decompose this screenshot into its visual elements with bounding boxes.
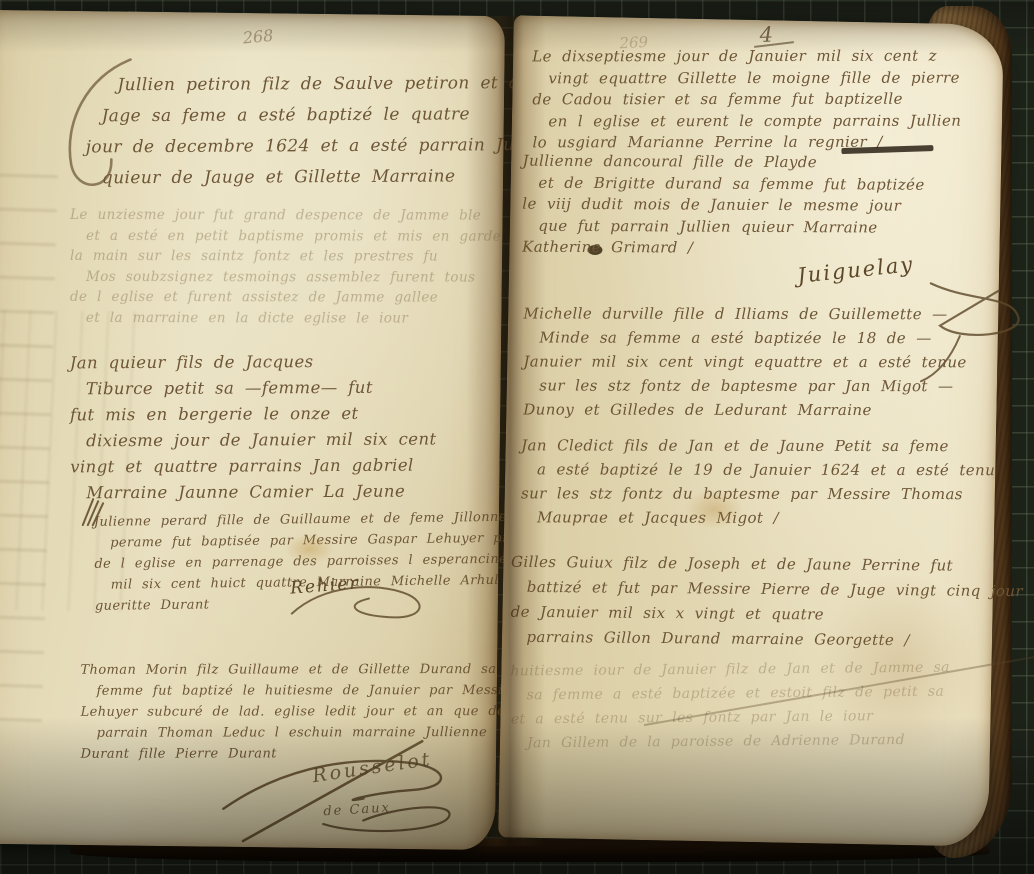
manuscript-line: vingt et quattre parrains Jan gabriel <box>70 452 470 480</box>
manuscript-line: parrains Gillon Durand marraine Georgett… <box>526 625 950 654</box>
manuscript-line: a esté baptizé le 19 de Januier 1624 et … <box>537 457 951 482</box>
baptism-record-block: Gilles Guiux filz de Joseph et de Jaune … <box>510 550 951 654</box>
manuscript-line: Tiburce petit sa —femme— fut <box>86 374 470 402</box>
manuscript-line: sur les stz fontz de baptesme par Jan Mi… <box>539 373 963 398</box>
manuscript-line: Januier mil six cent vingt equattre et a… <box>523 349 963 374</box>
left-page: 268 Jullien petiron filz de Saulve petir… <box>0 10 505 850</box>
manuscript-line: que fut parrain Jullien quieur Marraine <box>538 215 962 239</box>
manuscript-line: de l eglise et furent assistez de Jamme … <box>70 287 470 308</box>
baptism-record-block: Jan quieur fils de JacquesTiburce petit … <box>70 348 471 506</box>
manuscript-line: Mos soubzsignez tesmoings assemblez fure… <box>86 266 470 287</box>
baptism-record-block: Jullienne dancoural fille de Playdeet de… <box>522 151 963 261</box>
manuscript-line: sur les stz fontz du baptesme par Messir… <box>521 481 951 506</box>
manuscript-line: vingt equattre Gillette le moigne fille … <box>548 67 972 89</box>
manuscript-line: dixiesme jour de Januier mil six cent <box>86 426 470 454</box>
manuscript-line: la main sur les saintz fontz et les pres… <box>70 246 470 267</box>
manuscript-line: Jan Gillem de la paroisse de Adrienne Du… <box>527 728 941 756</box>
manuscript-line: quieur de Jauge et Gillette Marraine <box>102 161 466 194</box>
manuscript-line: de Cadou tisier et sa femme fut baptizel… <box>532 89 972 111</box>
manuscript-line: Marraine Jaunne Camier La Jeune <box>86 478 470 506</box>
right-page: 269 4 Le dixseptiesme jour de Januier mi… <box>498 15 1004 846</box>
page-number-left: 268 <box>242 26 274 48</box>
manuscript-line: Le dixseptiesme jour de Januier mil six … <box>532 46 972 68</box>
signature-flourish <box>213 731 474 849</box>
manuscript-line: Minde sa femme a esté baptizée le 18 de … <box>539 325 963 350</box>
baptism-record-block: Michelle durville fille d Illiams de Gui… <box>523 301 963 422</box>
manuscript-line: fut mis en bergerie le onze et <box>70 400 470 428</box>
manuscript-line: Michelle durville fille d Illiams de Gui… <box>523 301 963 326</box>
baptism-record-block: Jan Cledict fils de Jan et de Jaune Peti… <box>521 433 951 530</box>
baptism-record-block: Le unziesme jour fut grand despence de J… <box>70 205 470 329</box>
manuscript-line: et a esté en petit baptisme promis et mi… <box>86 225 470 246</box>
manuscript-line: Jan Cledict fils de Jan et de Jaune Peti… <box>521 433 951 458</box>
faded-baptism-record-block: huitiesme iour de Januier filz de Jan et… <box>510 656 941 756</box>
manuscript-line: le viij dudit mois de Januier le mesme j… <box>522 194 962 218</box>
manuscript-line: Gilles Guiux filz de Joseph et de Jaune … <box>511 550 951 579</box>
manuscript-line: Mauprae et Jacques Migot / <box>537 505 951 530</box>
manuscript-line: Dunoy et Gilledes de Ledurant Marraine <box>523 397 963 422</box>
baptism-record-block: Jullien petiron filz de Saulve petiron e… <box>85 68 466 194</box>
manuscript-line: Jullienne dancoural fille de Playde <box>522 151 962 175</box>
manuscript-line: et de Brigitte durand sa femme fut bapti… <box>538 172 962 196</box>
manuscript-line: battizé et fut par Messire Pierre de Jug… <box>527 575 951 604</box>
manuscript-line: Jullien petiron filz de Saulve petiron e… <box>117 68 465 101</box>
manuscript-line: en l eglise et eurent le compte parrains… <box>548 110 972 132</box>
manuscript-line: Thoman Morin filz Guillaume et de Gillet… <box>80 659 470 681</box>
manuscript-line: et la marraine en la dicte eglise le iou… <box>86 307 470 328</box>
manuscript-line: Jan quieur fils de Jacques <box>70 348 470 376</box>
manuscript-line: Jage sa feme a esté baptizé le quatre <box>101 99 465 132</box>
folio-number: 4 <box>759 22 794 46</box>
manuscript-line: Le unziesme jour fut grand despence de J… <box>70 205 470 226</box>
manuscript-line: jour de decembre 1624 et a esté parrain … <box>86 130 466 163</box>
manuscript-line: de Januier mil six x vingt et quatre <box>511 600 951 629</box>
bleed-through-marks <box>0 159 58 741</box>
baptism-record-block: Le dixseptiesme jour de Januier mil six … <box>532 46 972 154</box>
manuscript-book: 268 Jullien petiron filz de Saulve petir… <box>0 0 1034 874</box>
manuscript-line: femme fut baptizé le huitiesme de Januie… <box>97 680 471 702</box>
manuscript-line: Lehuyer subcuré de lad. eglise ledit jou… <box>81 701 471 723</box>
